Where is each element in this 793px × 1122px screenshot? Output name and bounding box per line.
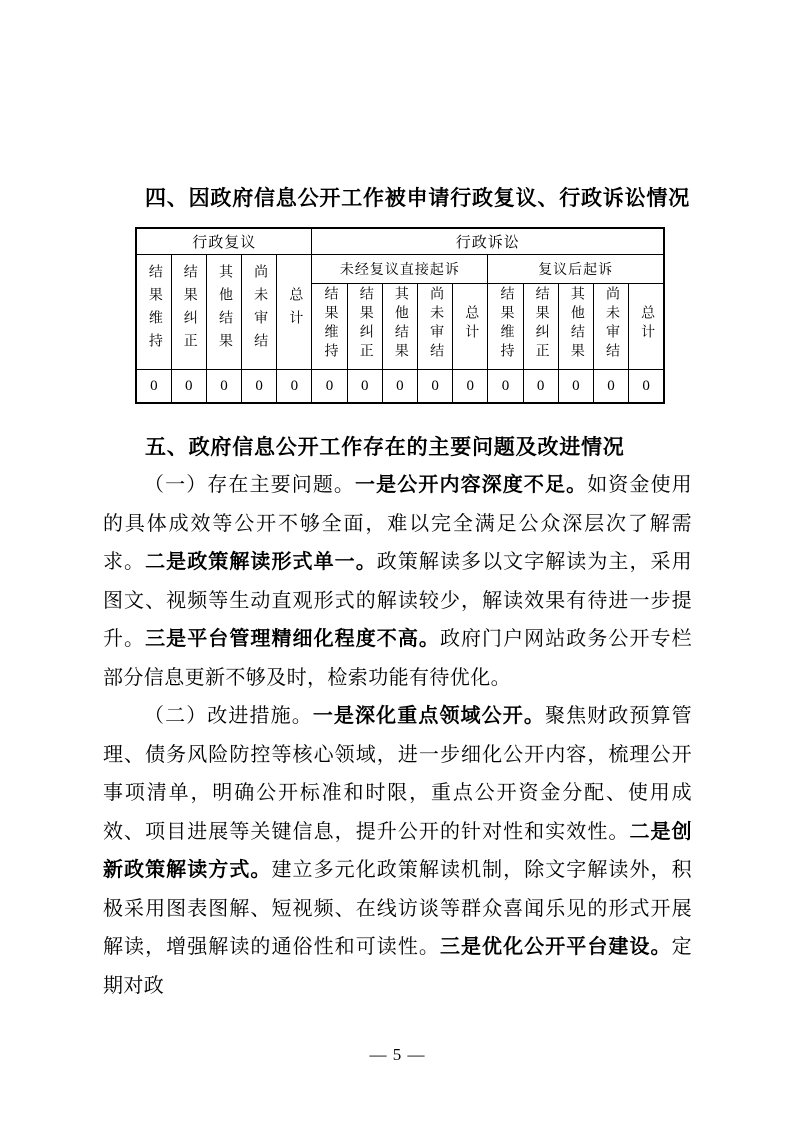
section5-heading: 五、政府信息公开工作存在的主要问题及改进情况 xyxy=(103,434,692,462)
column-header-label: 结果维持 xyxy=(323,286,337,362)
table-column-header: 总计 xyxy=(453,284,488,370)
column-header-label: 结果维持 xyxy=(147,264,161,356)
column-header-label: 结果维持 xyxy=(498,286,512,362)
page-number: — 5 — xyxy=(103,1045,692,1065)
column-header-label: 结果纠正 xyxy=(182,264,196,356)
table-column-header: 尚未审结 xyxy=(418,284,453,370)
paragraph-measures: （二）改进措施。一是深化重点领域公开。聚焦财政预算管理、债务风险防控等核心领域，… xyxy=(103,697,692,1005)
table-value-cell: 0 xyxy=(347,370,382,404)
column-header-label: 总计 xyxy=(463,305,477,343)
table-value-cell: 0 xyxy=(453,370,488,404)
table-column-header: 结果维持 xyxy=(488,284,523,370)
column-header-label: 总计 xyxy=(287,287,301,333)
text-run: 一是深化重点领域公开。 xyxy=(313,705,545,727)
table-value-cell: 0 xyxy=(171,370,206,404)
paragraph-problems: （一）存在主要问题。一是公开内容深度不足。如资金使用的具体成效等公开不够全面，难… xyxy=(103,466,692,697)
table-column-header: 结果纠正 xyxy=(347,284,382,370)
document-page: 四、因政府信息公开工作被申请行政复议、行政诉讼情况 行政复议行政诉讼结果维持结果… xyxy=(0,0,793,1122)
table-value-cell: 0 xyxy=(488,370,523,404)
column-header-label: 尚未审结 xyxy=(428,286,442,362)
table-column-header: 其他结果 xyxy=(382,284,417,370)
table-value-cell: 0 xyxy=(593,370,628,404)
column-header-label: 尚未审结 xyxy=(604,286,618,362)
column-header-label: 其他结果 xyxy=(569,286,583,362)
table-value-cell: 0 xyxy=(523,370,558,404)
text-run: 二是政策解读形式单一。 xyxy=(145,551,377,573)
stats-table: 行政复议行政诉讼结果维持结果纠正其他结果尚未审结总计未经复议直接起诉复议后起诉结… xyxy=(135,227,665,404)
column-header-label: 其他结果 xyxy=(393,286,407,362)
table-subgroup-header: 未经复议直接起诉 xyxy=(312,255,488,284)
table-value-cell: 0 xyxy=(418,370,453,404)
table-group-header: 行政复议 xyxy=(136,228,312,255)
table-group-header: 行政诉讼 xyxy=(312,228,664,255)
table-column-header: 总计 xyxy=(277,255,312,370)
text-run: 三是优化公开平台建设。 xyxy=(440,936,672,958)
table-column-header: 其他结果 xyxy=(558,284,593,370)
column-header-label: 结果纠正 xyxy=(358,286,372,362)
table-column-header: 其他结果 xyxy=(206,255,241,370)
table-value-cell: 0 xyxy=(206,370,241,404)
column-header-label: 其他结果 xyxy=(217,264,231,356)
column-header-label: 尚未审结 xyxy=(252,264,266,356)
table-value-cell: 0 xyxy=(629,370,664,404)
table-value-cell: 0 xyxy=(558,370,593,404)
column-header-label: 结果纠正 xyxy=(534,286,548,362)
table-column-header: 结果纠正 xyxy=(171,255,206,370)
text-run: （二）改进措施。 xyxy=(144,705,313,727)
table-column-header: 结果维持 xyxy=(136,255,171,370)
table-column-header: 总计 xyxy=(629,284,664,370)
table-value-cell: 0 xyxy=(242,370,277,404)
table-value-cell: 0 xyxy=(312,370,347,404)
table-value-cell: 0 xyxy=(136,370,171,404)
text-run: 一是公开内容深度不足。 xyxy=(355,474,587,496)
column-header-label: 总计 xyxy=(639,305,653,343)
table-column-header: 结果维持 xyxy=(312,284,347,370)
text-run: 三是平台管理精细化程度不高。 xyxy=(145,628,440,650)
table-column-header: 结果纠正 xyxy=(523,284,558,370)
table-subgroup-header: 复议后起诉 xyxy=(488,255,664,284)
text-run: （一）存在主要问题。 xyxy=(144,474,355,496)
table-column-header: 尚未审结 xyxy=(242,255,277,370)
section4-heading: 四、因政府信息公开工作被申请行政复议、行政诉讼情况 xyxy=(103,185,692,213)
table-value-cell: 0 xyxy=(277,370,312,404)
table-value-cell: 0 xyxy=(382,370,417,404)
table-column-header: 尚未审结 xyxy=(593,284,628,370)
